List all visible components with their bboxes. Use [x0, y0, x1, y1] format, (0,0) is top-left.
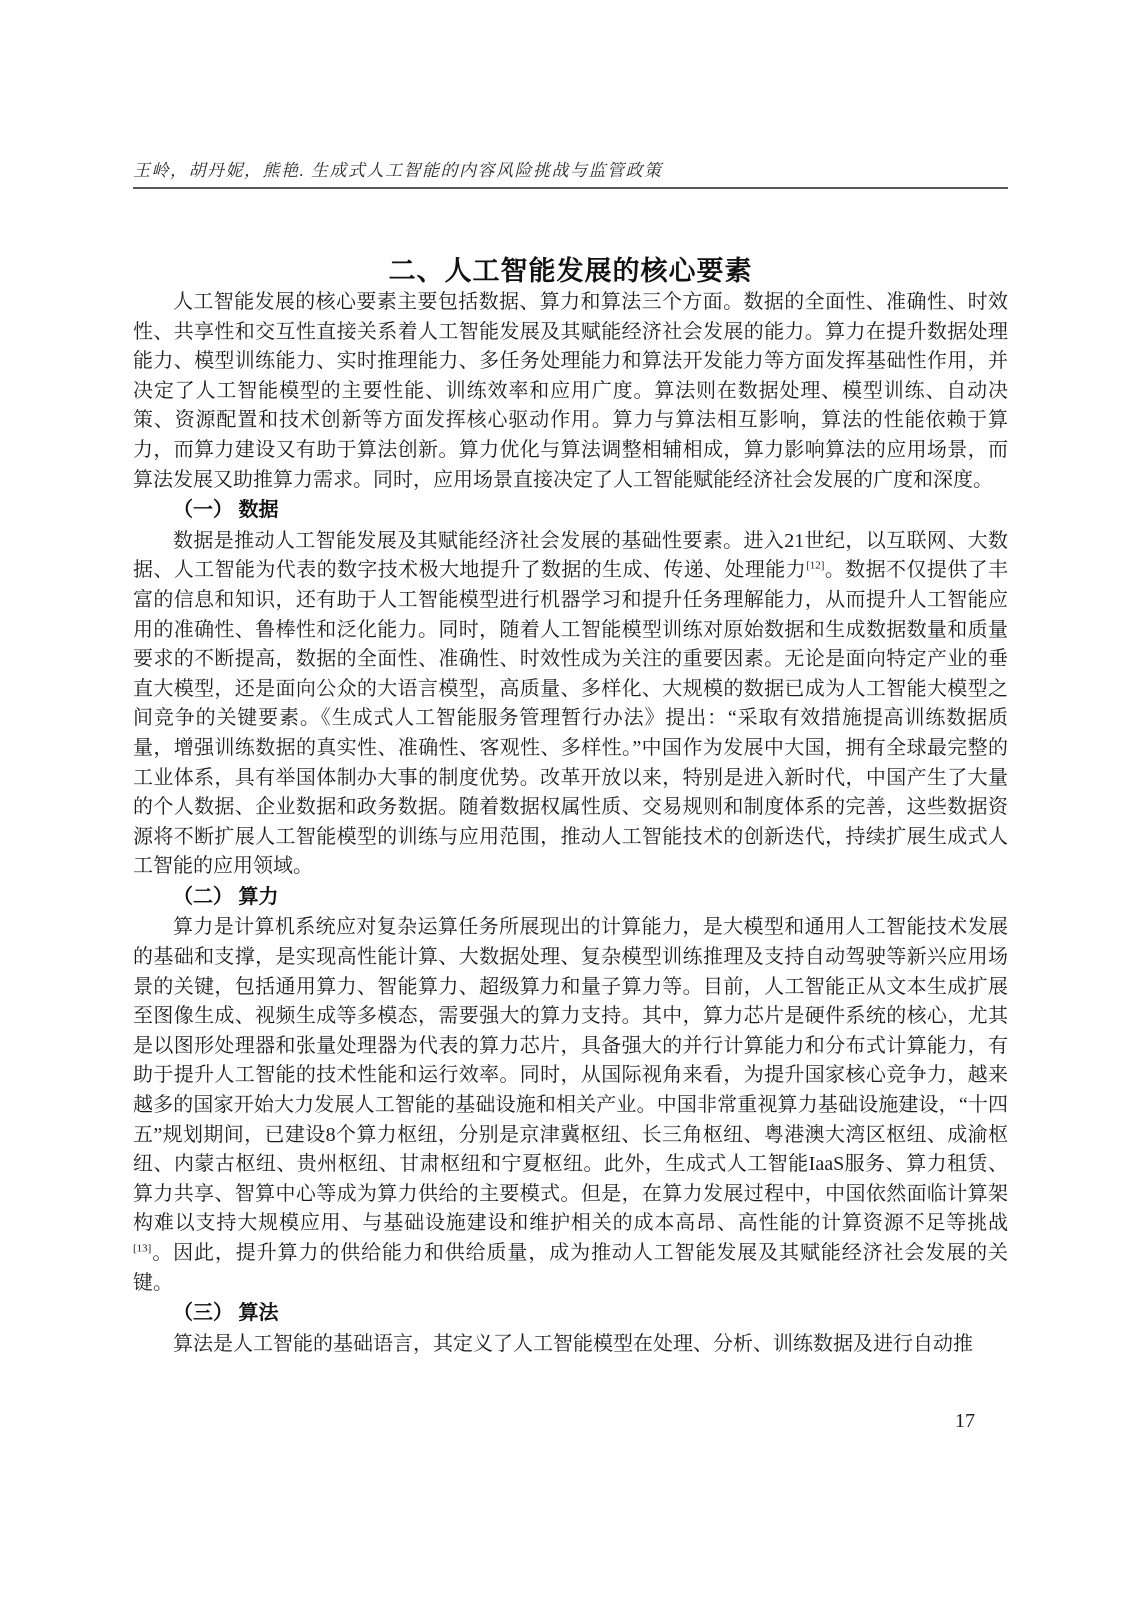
citation-marker: [12]: [806, 560, 824, 572]
text-run: （二） 算力: [173, 886, 279, 908]
text-run: （一） 数据: [173, 499, 279, 521]
citation-marker: [13]: [133, 1242, 151, 1254]
text-run: 。因此，提升算力的供给能力和供给质量，成为推动人工智能发展及其赋能经济社会发展的…: [133, 1242, 1008, 1294]
text-run: 算法是人工智能的基础语言，其定义了人工智能模型在处理、分析、训练数据及进行自动推: [173, 1333, 973, 1355]
section-subheading: （三） 算法: [133, 1299, 1008, 1329]
body-paragraph: 算力是计算机系统应对复杂运算任务所展现出的计算能力，是大模型和通用人工智能技术发…: [133, 913, 1008, 1298]
page-number: 17: [133, 1410, 975, 1433]
paper-page: 王岭，胡丹妮，熊艳. 生成式人工智能的内容风险挑战与监管政策 二、人工智能发展的…: [0, 0, 1140, 1600]
text-run: 算力是计算机系统应对复杂运算任务所展现出的计算能力，是大模型和通用人工智能技术发…: [133, 916, 1008, 1234]
body-paragraph: 算法是人工智能的基础语言，其定义了人工智能模型在处理、分析、训练数据及进行自动推: [133, 1330, 1008, 1360]
section-subheading: （一） 数据: [133, 496, 1008, 526]
section-title: 二、人工智能发展的核心要素: [133, 249, 1008, 288]
article-body: 人工智能发展的核心要素主要包括数据、算力和算法三个方面。数据的全面性、准确性、时…: [133, 288, 1008, 1359]
body-paragraph: 数据是推动人工智能发展及其赋能经济社会发展的基础性要素。进入21世纪，以互联网、…: [133, 527, 1008, 882]
header-divider: [133, 187, 1008, 189]
text-run: （三） 算法: [173, 1302, 279, 1324]
running-header: 王岭，胡丹妮，熊艳. 生成式人工智能的内容风险挑战与监管政策: [133, 156, 1008, 181]
section-subheading: （二） 算力: [133, 883, 1008, 913]
text-run: 人工智能发展的核心要素主要包括数据、算力和算法三个方面。数据的全面性、准确性、时…: [133, 291, 1008, 491]
text-run: 。数据不仅提供了丰富的信息和知识，还有助于人工智能模型进行机器学习和提升任务理解…: [133, 559, 1008, 877]
body-paragraph: 人工智能发展的核心要素主要包括数据、算力和算法三个方面。数据的全面性、准确性、时…: [133, 288, 1008, 495]
